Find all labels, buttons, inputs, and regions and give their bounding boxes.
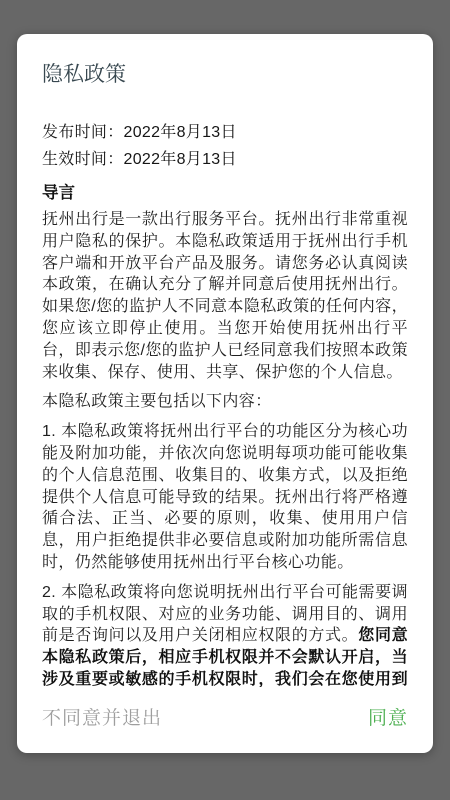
policy-text: 2. 本隐私政策将向您说明抚州出行平台可能需要调取的手机权限、对应的业务功能、调… (42, 584, 408, 645)
policy-scroll-area[interactable]: 发布时间：2022年8月13日 生效时间：2022年8月13日 导言抚州出行是一… (17, 119, 433, 687)
dialog-actions: 不同意并退出 同意 (17, 687, 433, 753)
dialog-title: 隐私政策 (42, 62, 408, 88)
policy-paragraph: 1. 本隐私政策将抚州出行平台的功能区分为核心功能及附加功能，并依次向您说明每项… (42, 421, 408, 574)
policy-text: 本隐私政策主要包括以下内容： (42, 393, 272, 410)
policy-paragraph: 2. 本隐私政策将向您说明抚州出行平台可能需要调取的手机权限、对应的业务功能、调… (42, 582, 408, 687)
disagree-exit-button[interactable]: 不同意并退出 (42, 703, 162, 730)
effective-date-line: 生效时间：2022年8月13日 (42, 146, 408, 173)
agree-button[interactable]: 同意 (368, 703, 408, 730)
policy-body: 导言抚州出行是一款出行服务平台。抚州出行非常重视用户隐私的保护。本隐私政策适用于… (42, 182, 408, 687)
policy-text: 抚州出行是一款出行服务平台。抚州出行非常重视用户隐私的保护。本隐私政策适用于抚州… (42, 211, 408, 381)
policy-paragraph: 本隐私政策主要包括以下内容： (42, 391, 408, 413)
policy-text: 1. 本隐私政策将抚州出行平台的功能区分为核心功能及附加功能，并依次向您说明每项… (42, 423, 408, 571)
publish-date-line: 发布时间：2022年8月13日 (42, 119, 408, 146)
policy-paragraph: 抚州出行是一款出行服务平台。抚州出行非常重视用户隐私的保护。本隐私政策适用于抚州… (42, 209, 408, 383)
section-heading: 导言 (42, 182, 408, 204)
privacy-policy-dialog: 隐私政策 发布时间：2022年8月13日 生效时间：2022年8月13日 导言抚… (17, 34, 433, 753)
